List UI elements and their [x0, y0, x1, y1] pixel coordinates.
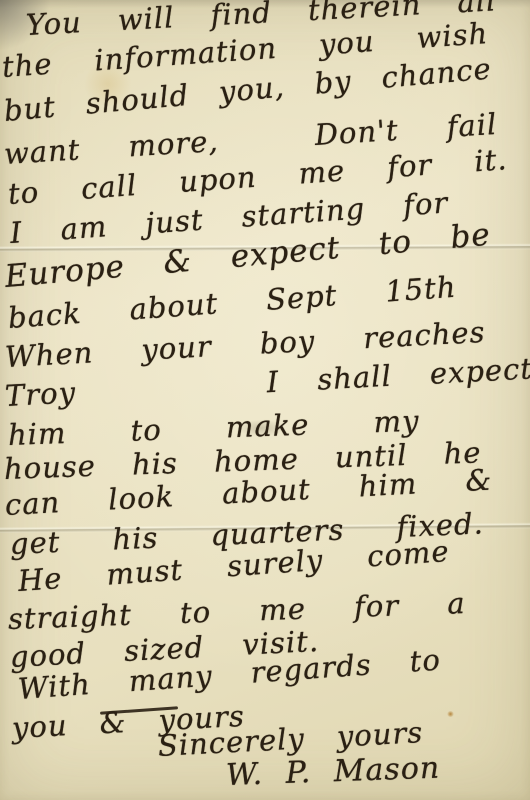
letter-paper: You will find therein all the informatio…: [0, 0, 530, 800]
foxing-spot: [447, 711, 454, 717]
letter-scan: You will find therein all the informatio…: [0, 0, 530, 800]
letter-signature: W. P. Mason: [225, 751, 440, 793]
